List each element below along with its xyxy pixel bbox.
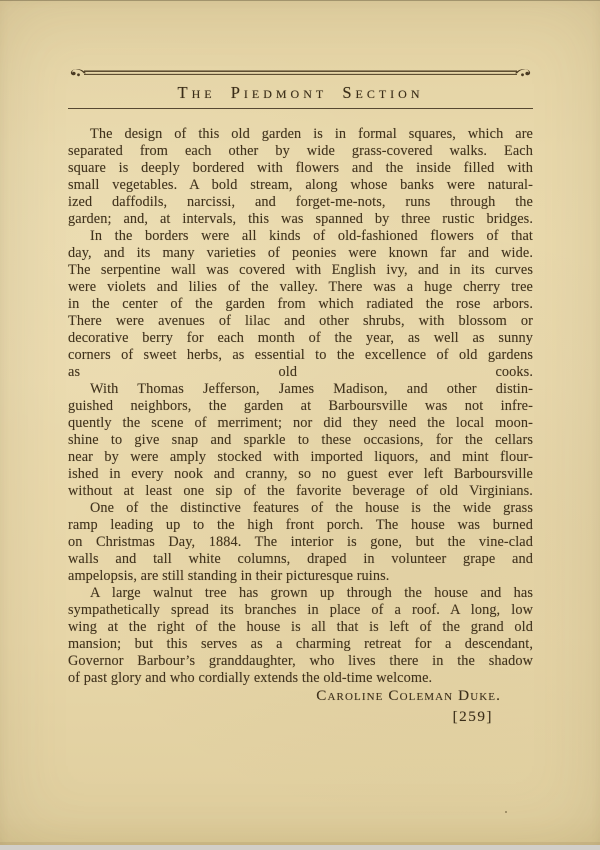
text-line: The serpentine wall was covered with Eng…	[68, 262, 533, 279]
page-content: The Piedmont Section The design of this …	[68, 0, 533, 850]
title-underline	[68, 108, 533, 109]
paragraph: With Thomas Jefferson, James Madison, an…	[68, 381, 533, 500]
text-line: wing at the right of the house is all th…	[68, 619, 533, 636]
text-line: ished in every nook and cranny, so no gu…	[68, 466, 533, 483]
body-paragraphs: The design of this old garden is in form…	[68, 126, 533, 687]
text-line: shine to give snap and sparkle to these …	[68, 432, 533, 449]
text-line: With Thomas Jefferson, James Madison, an…	[68, 381, 533, 398]
text-line: day, and its many varieties of peonies w…	[68, 245, 533, 262]
page-title: The Piedmont Section	[68, 83, 533, 103]
text-line: quently the scene of merriment; nor did …	[68, 415, 533, 432]
scroll-ornament-left-icon	[71, 69, 86, 76]
header-rule	[68, 66, 533, 80]
text-line: In the borders were all kinds of old-fas…	[68, 228, 533, 245]
text-line: of past glory and who cordially extends …	[68, 670, 533, 687]
text-line: guished neighbors, the garden at Barbour…	[68, 398, 533, 415]
text-line: garden; and, at intervals, this was span…	[68, 211, 533, 228]
text-line: were violets and lilies of the valley. T…	[68, 279, 533, 296]
text-line: in the center of the garden from which r…	[68, 296, 533, 313]
text-line: ampelopsis, are still standing in their …	[68, 568, 533, 585]
text-line: ized daffodils, narcissi, and forget-me-…	[68, 194, 533, 211]
text-line: square is deeply bordered with flowers a…	[68, 160, 533, 177]
text-line: on Christmas Day, 1884. The interior is …	[68, 534, 533, 551]
text-line: separated from each other by wide grass-…	[68, 143, 533, 160]
text-line: near by were amply stocked with imported…	[68, 449, 533, 466]
paragraph: The design of this old garden is in form…	[68, 126, 533, 228]
text-line: A large walnut tree has grown up through…	[68, 585, 533, 602]
signature: Caroline Coleman Duke.	[68, 687, 533, 704]
text-line: Governor Barbour’s granddaughter, who li…	[68, 653, 533, 670]
paragraph: A large walnut tree has grown up through…	[68, 585, 533, 687]
text-line: mansion; but this serves as a charming r…	[68, 636, 533, 653]
text-line: One of the distinctive features of the h…	[68, 500, 533, 517]
paper-speck	[505, 811, 507, 813]
page-number: [259]	[68, 707, 533, 727]
text-line: decorative berry for each month of the y…	[68, 330, 533, 347]
paragraph: One of the distinctive features of the h…	[68, 500, 533, 585]
text-line: There were avenues of lilac and other sh…	[68, 313, 533, 330]
text-line: without at least one sip of the favorite…	[68, 483, 533, 500]
page-body: The design of this old garden is in form…	[68, 126, 533, 727]
text-line: The design of this old garden is in form…	[68, 126, 533, 143]
double-rule	[68, 66, 533, 80]
text-line: as old cooks.	[68, 364, 533, 381]
text-line: small vegetables. A bold stream, along w…	[68, 177, 533, 194]
text-line: walls and tall white columns, draped in …	[68, 551, 533, 568]
text-line: ramp leading up to the high front porch.…	[68, 517, 533, 534]
text-line: corners of sweet herbs, as essential to …	[68, 347, 533, 364]
text-line: sympathetically spread its branches in p…	[68, 602, 533, 619]
scroll-ornament-right-icon	[515, 69, 530, 76]
paragraph: In the borders were all kinds of old-fas…	[68, 228, 533, 381]
